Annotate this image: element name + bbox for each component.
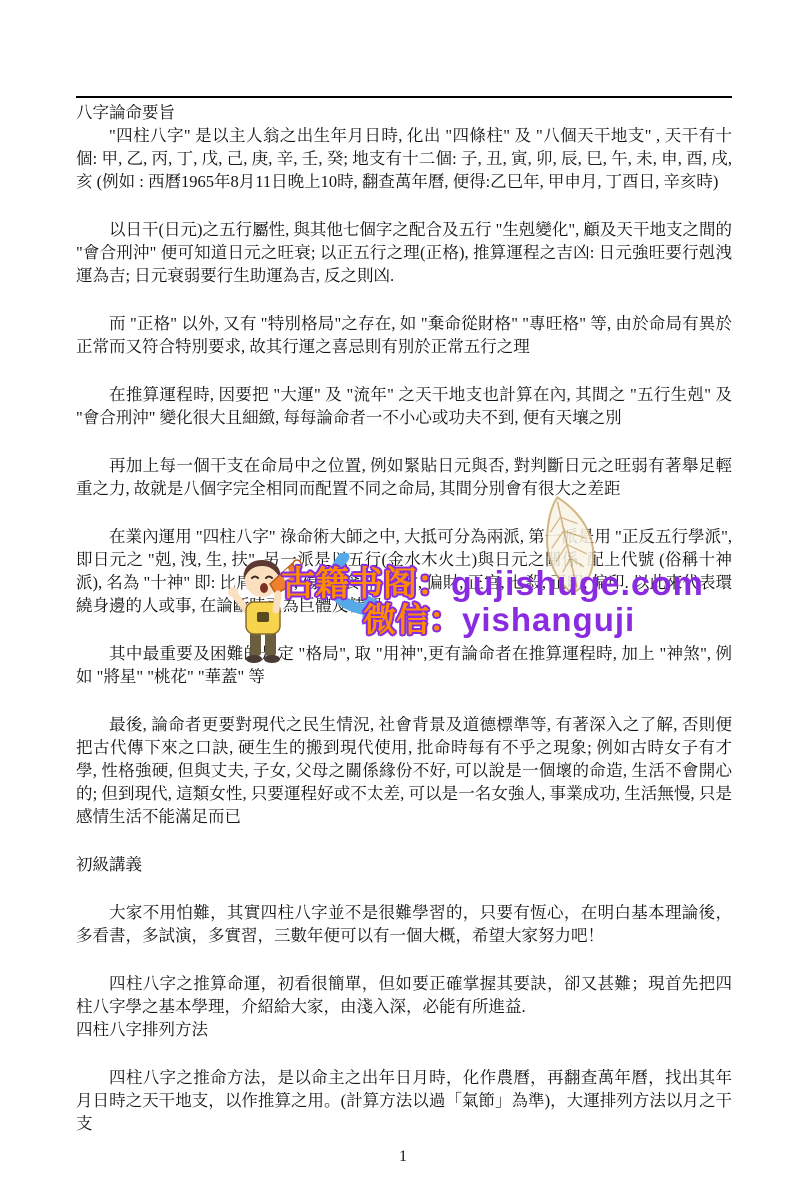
section-heading: 四柱八字排列方法 bbox=[76, 1018, 732, 1041]
paragraph: 四柱八字之推算命運，初看很簡單，但如要正確掌握其要訣，卻又甚難；現首先把四柱八字… bbox=[76, 972, 732, 1018]
paragraph: 其中最重要及困難的是定 "格局", 取 "用神",更有論命者在推算運程時, 加上… bbox=[76, 642, 732, 688]
paragraph: 再加上每一個干支在命局中之位置, 例如緊貼日元與否, 對判斷日元之旺弱有著舉足輕… bbox=[76, 454, 732, 500]
paragraph: 大家不用怕難，其實四柱八字並不是很難學習的，只要有恆心，在明白基本理論後，多看書… bbox=[76, 901, 732, 947]
document-body: 八字論命要旨 "四柱八字" 是以主人翁之出生年月日時, 化出 "四條柱" 及 "… bbox=[76, 96, 732, 1135]
paragraph: 在業內運用 "四柱八字" 祿命術大師之中, 大抵可分為兩派, 第一派是用 "正反… bbox=[76, 525, 732, 617]
page-number: 1 bbox=[0, 1148, 806, 1166]
paragraph: 而 "正格" 以外, 又有 "特別格局"之存在, 如 "棄命從財格" "專旺格"… bbox=[76, 312, 732, 358]
paragraph: 以日干(日元)之五行屬性, 與其他七個字之配合及五行 "生剋變化", 顧及天干地… bbox=[76, 218, 732, 287]
section-heading: 八字論命要旨 bbox=[76, 101, 732, 124]
paragraph: "四柱八字" 是以主人翁之出生年月日時, 化出 "四條柱" 及 "八個天干地支"… bbox=[76, 124, 732, 193]
paragraph: 最後, 論命者更要對現代之民生情況, 社會背景及道德標準等, 有著深入之了解, … bbox=[76, 713, 732, 828]
document-page: 八字論命要旨 "四柱八字" 是以主人翁之出生年月日時, 化出 "四條柱" 及 "… bbox=[0, 0, 806, 1186]
paragraph: 四柱八字之推命方法，是以命主之出年日月時，化作農曆，再翻查萬年曆，找出其年月日時… bbox=[76, 1066, 732, 1135]
top-rule-divider bbox=[76, 96, 732, 98]
section-heading: 初級講義 bbox=[76, 853, 732, 876]
paragraph: 在推算運程時, 因要把 "大運" 及 "流年" 之天干地支也計算在內, 其間之 … bbox=[76, 383, 732, 429]
